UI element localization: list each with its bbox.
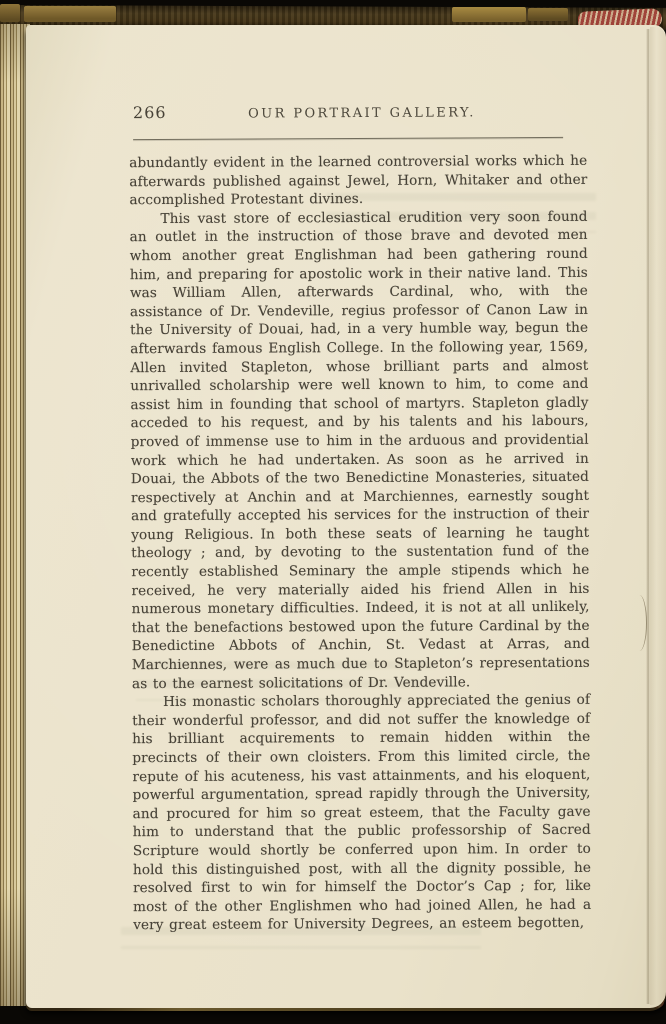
binding-gilt-patch [528,8,568,21]
printed-content: 266 OUR PORTRAIT GALLERY. abundantly evi… [26,24,666,1010]
binding-gilt-patch [24,6,116,22]
book-scan: 266 OUR PORTRAIT GALLERY. abundantly evi… [0,0,666,1024]
binding-gilt-patch [452,7,526,22]
page-curl-edge [650,27,666,1005]
bracket-pencil-mark [632,595,647,651]
running-header: OUR PORTRAIT GALLERY. [136,105,588,122]
header-rule [133,137,563,140]
body-paragraph: This vast store of ecclesiastical erudit… [129,208,590,694]
body-paragraph: His monastic scholars thoroughly appreci… [132,691,591,935]
body-text: abundantly evident in the learned contro… [129,152,591,935]
book-page: 266 OUR PORTRAIT GALLERY. abundantly evi… [26,25,666,1008]
binding-gilt-patch [0,4,20,22]
body-paragraph: abundantly evident in the learned contro… [129,152,587,210]
